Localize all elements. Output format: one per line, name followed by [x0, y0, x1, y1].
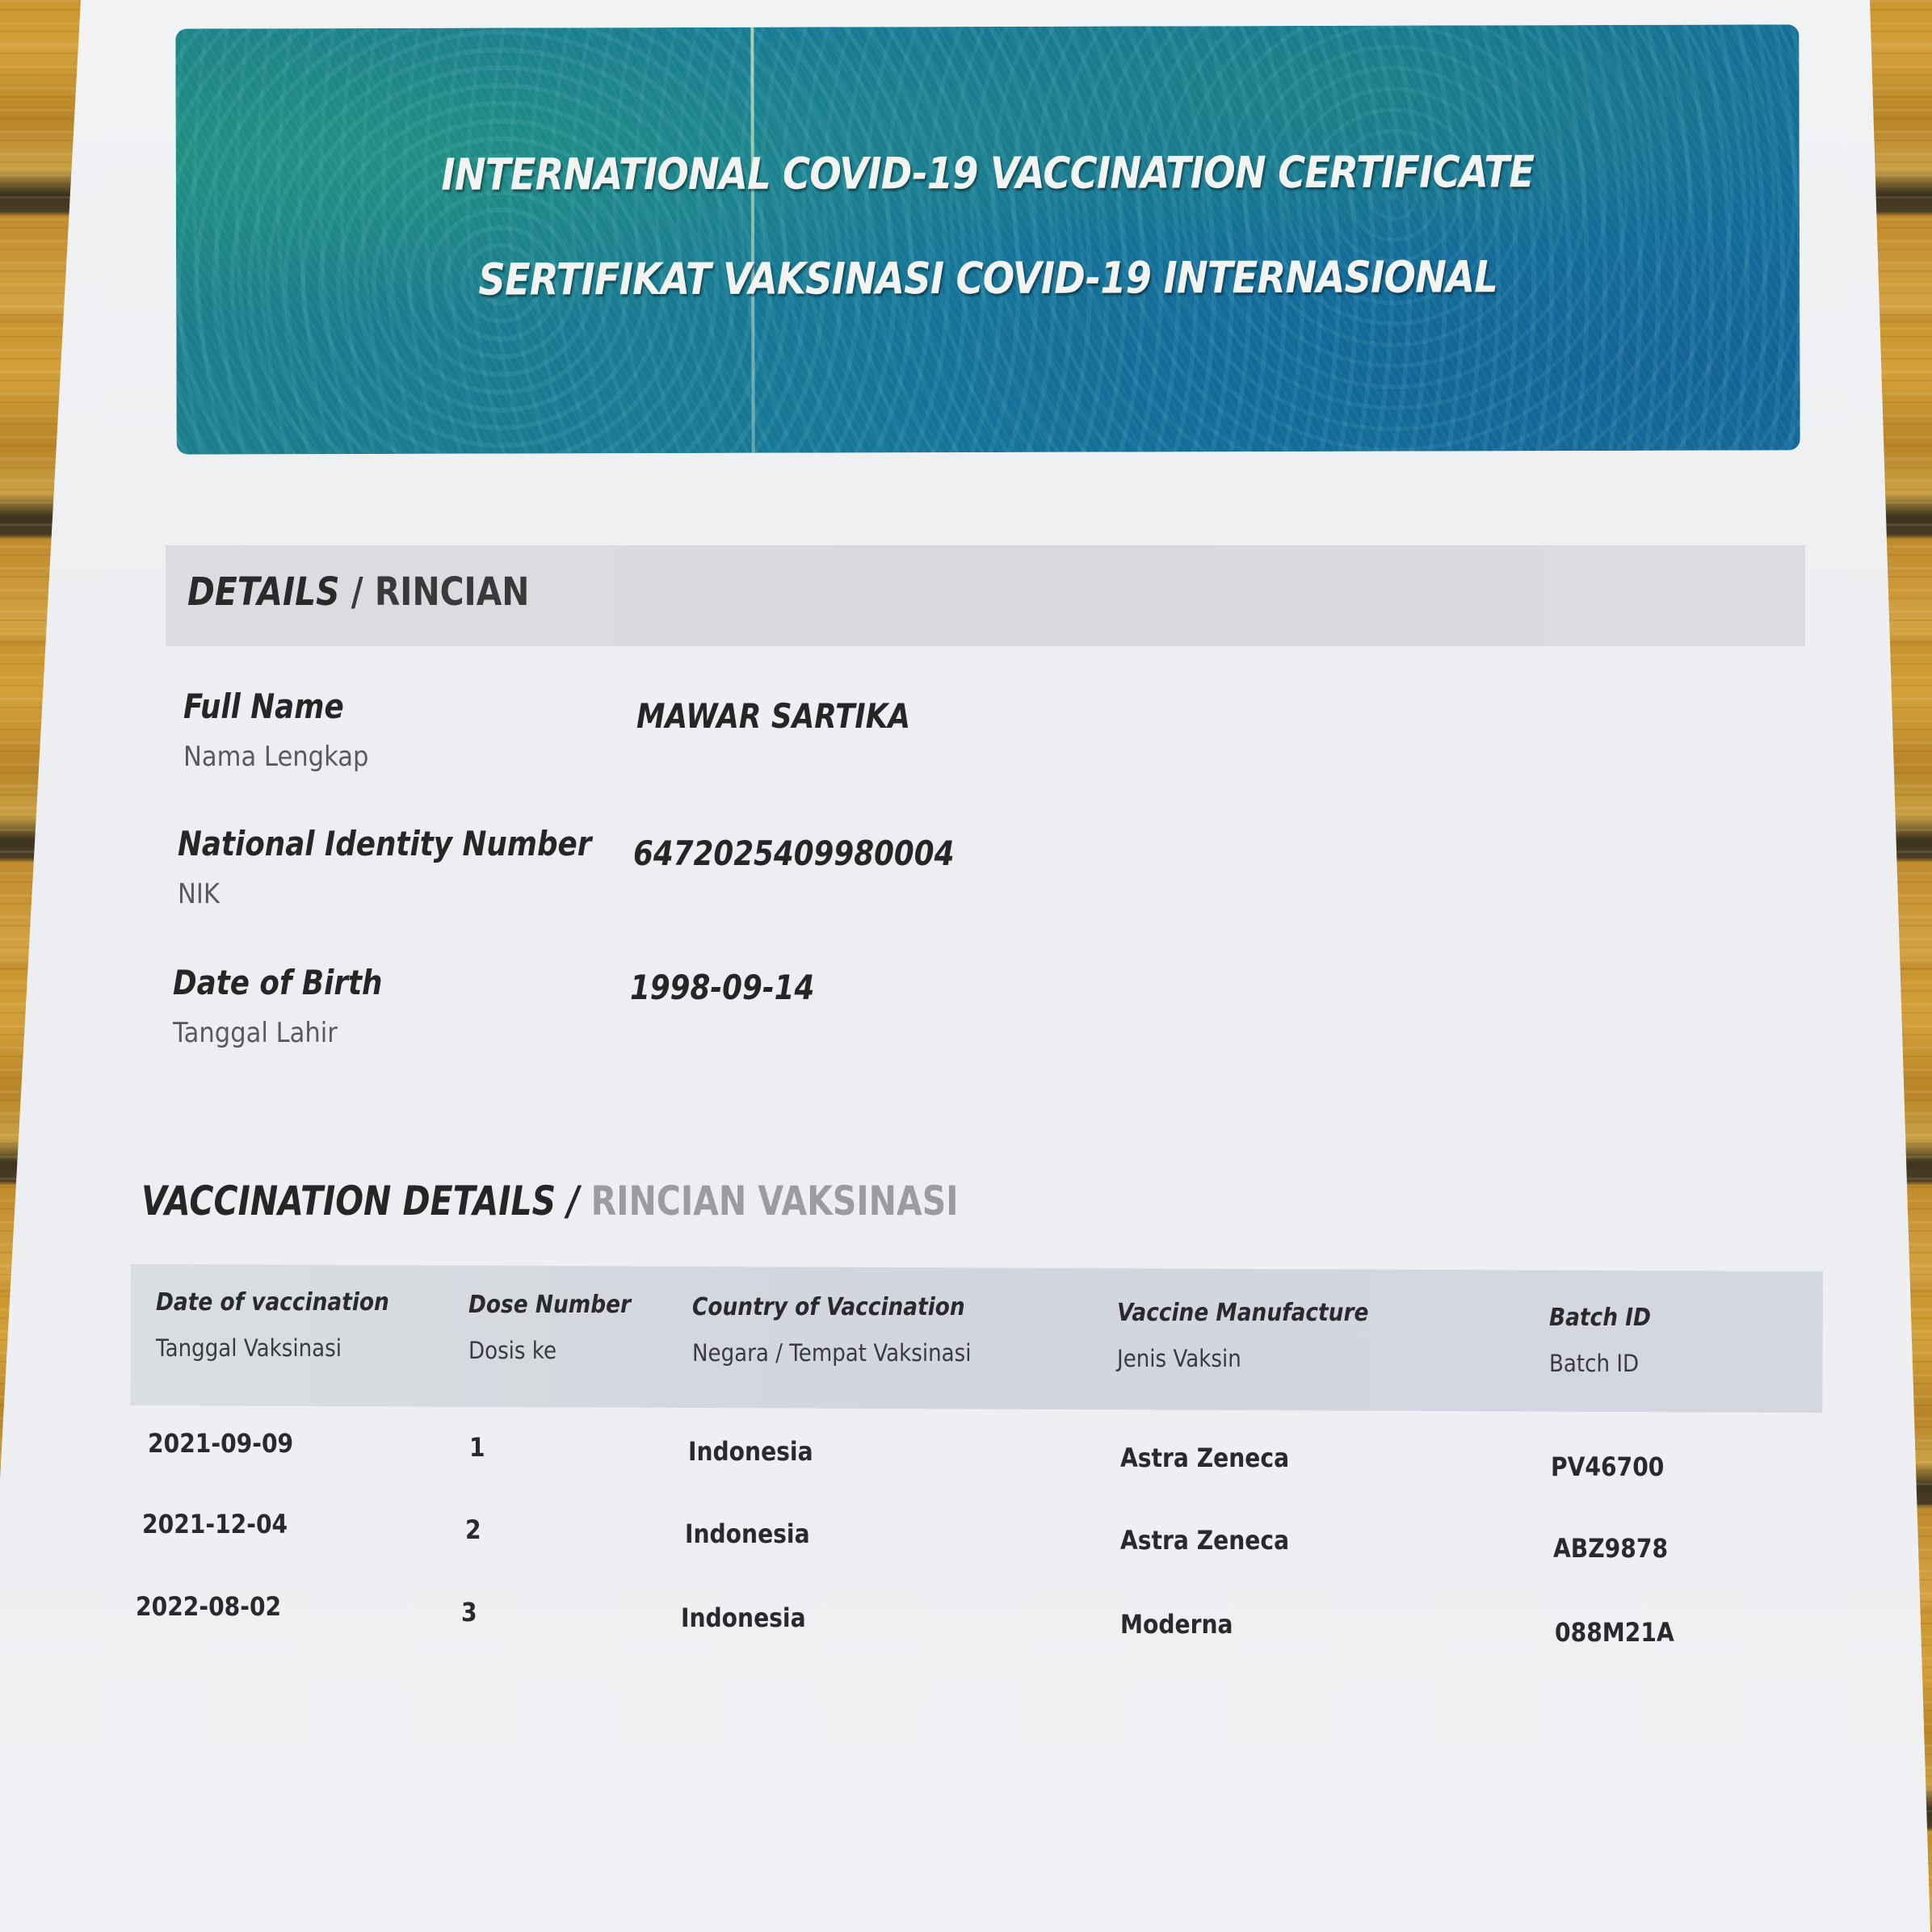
column-label: Vaccine Manufacture: [1117, 1299, 1368, 1327]
column-header-country: Country of Vaccination Negara / Tempat V…: [692, 1293, 1002, 1367]
column-sublabel: Negara / Tempat Vaksinasi: [692, 1339, 972, 1367]
column-label: Date of vaccination: [156, 1288, 389, 1317]
column-header-vaccine: Vaccine Manufacture Jenis Vaksin: [1117, 1299, 1403, 1372]
cell-batch: 088M21A: [1555, 1617, 1674, 1648]
column-sublabel: Dosis ke: [468, 1337, 635, 1364]
cell-dose: 3: [461, 1597, 477, 1627]
cell-country: Indonesia: [688, 1436, 813, 1467]
vaccination-heading-en: VACCINATION DETAILS: [141, 1178, 556, 1224]
field-date-of-birth: Date of Birth Tanggal Lahir: [173, 963, 419, 1049]
vaccination-heading-id: RINCIAN VAKSINASI: [591, 1178, 959, 1224]
cell-date: 2021-09-09: [148, 1428, 293, 1459]
column-label: Batch ID: [1549, 1304, 1651, 1332]
cell-country: Indonesia: [685, 1518, 810, 1549]
cell-batch: PV46700: [1551, 1451, 1664, 1482]
column-header-batch: Batch ID Batch ID: [1549, 1304, 1665, 1377]
cell-dose: 1: [469, 1432, 485, 1463]
field-national-id: National Identity Number NIK: [178, 824, 665, 910]
field-full-name: Full Name Nama Lengkap: [183, 687, 389, 773]
details-heading: DETAILS / RINCIAN: [187, 569, 529, 615]
column-header-date: Date of vaccination Tanggal Vaksinasi: [156, 1288, 421, 1362]
banner-fold-line: [750, 27, 754, 453]
vaccination-heading-sep: /: [556, 1178, 591, 1224]
column-header-dose: Dose Number Dosis ke: [468, 1291, 653, 1364]
column-sublabel: Batch ID: [1549, 1350, 1653, 1377]
certificate-banner: INTERNATIONAL COVID-19 VACCINATION CERTI…: [175, 24, 1800, 454]
certificate-title-english: INTERNATIONAL COVID-19 VACCINATION CERTI…: [289, 146, 1686, 201]
field-label: National Identity Number: [178, 824, 591, 863]
date-of-birth-value: 1998-09-14: [630, 968, 814, 1007]
field-sublabel: Tanggal Lahir: [173, 1017, 395, 1049]
cell-vaccine: Astra Zeneca: [1120, 1525, 1289, 1556]
cell-vaccine: Moderna: [1120, 1609, 1233, 1640]
field-sublabel: Nama Lengkap: [183, 741, 368, 773]
details-heading-en: DETAILS: [187, 569, 340, 615]
field-label: Date of Birth: [173, 963, 382, 1002]
cell-date: 2021-12-04: [142, 1509, 288, 1539]
certificate-paper: INTERNATIONAL COVID-19 VACCINATION CERTI…: [0, 0, 1932, 1932]
column-label: Dose Number: [468, 1291, 631, 1319]
details-heading-id: RINCIAN: [375, 569, 530, 615]
cell-date: 2022-08-02: [136, 1591, 281, 1622]
national-id-value: 6472025409980004: [633, 834, 954, 873]
full-name-value: MAWAR SARTIKA: [636, 696, 910, 736]
vaccination-heading: VACCINATION DETAILS / RINCIAN VAKSINASI: [141, 1178, 958, 1224]
cell-vaccine: Astra Zeneca: [1120, 1443, 1289, 1473]
certificate-title-indonesian: SERTIFIKAT VAKSINASI COVID-19 INTERNASIO…: [290, 251, 1686, 306]
column-label: Country of Vaccination: [692, 1293, 965, 1321]
cell-country: Indonesia: [681, 1602, 806, 1633]
field-sublabel: NIK: [178, 878, 616, 910]
field-label: Full Name: [183, 687, 359, 726]
cell-dose: 2: [465, 1514, 481, 1545]
column-sublabel: Tanggal Vaksinasi: [156, 1334, 394, 1362]
details-heading-sep: /: [340, 569, 375, 615]
column-sublabel: Jenis Vaksin: [1117, 1345, 1374, 1372]
cell-batch: ABZ9878: [1553, 1533, 1668, 1564]
